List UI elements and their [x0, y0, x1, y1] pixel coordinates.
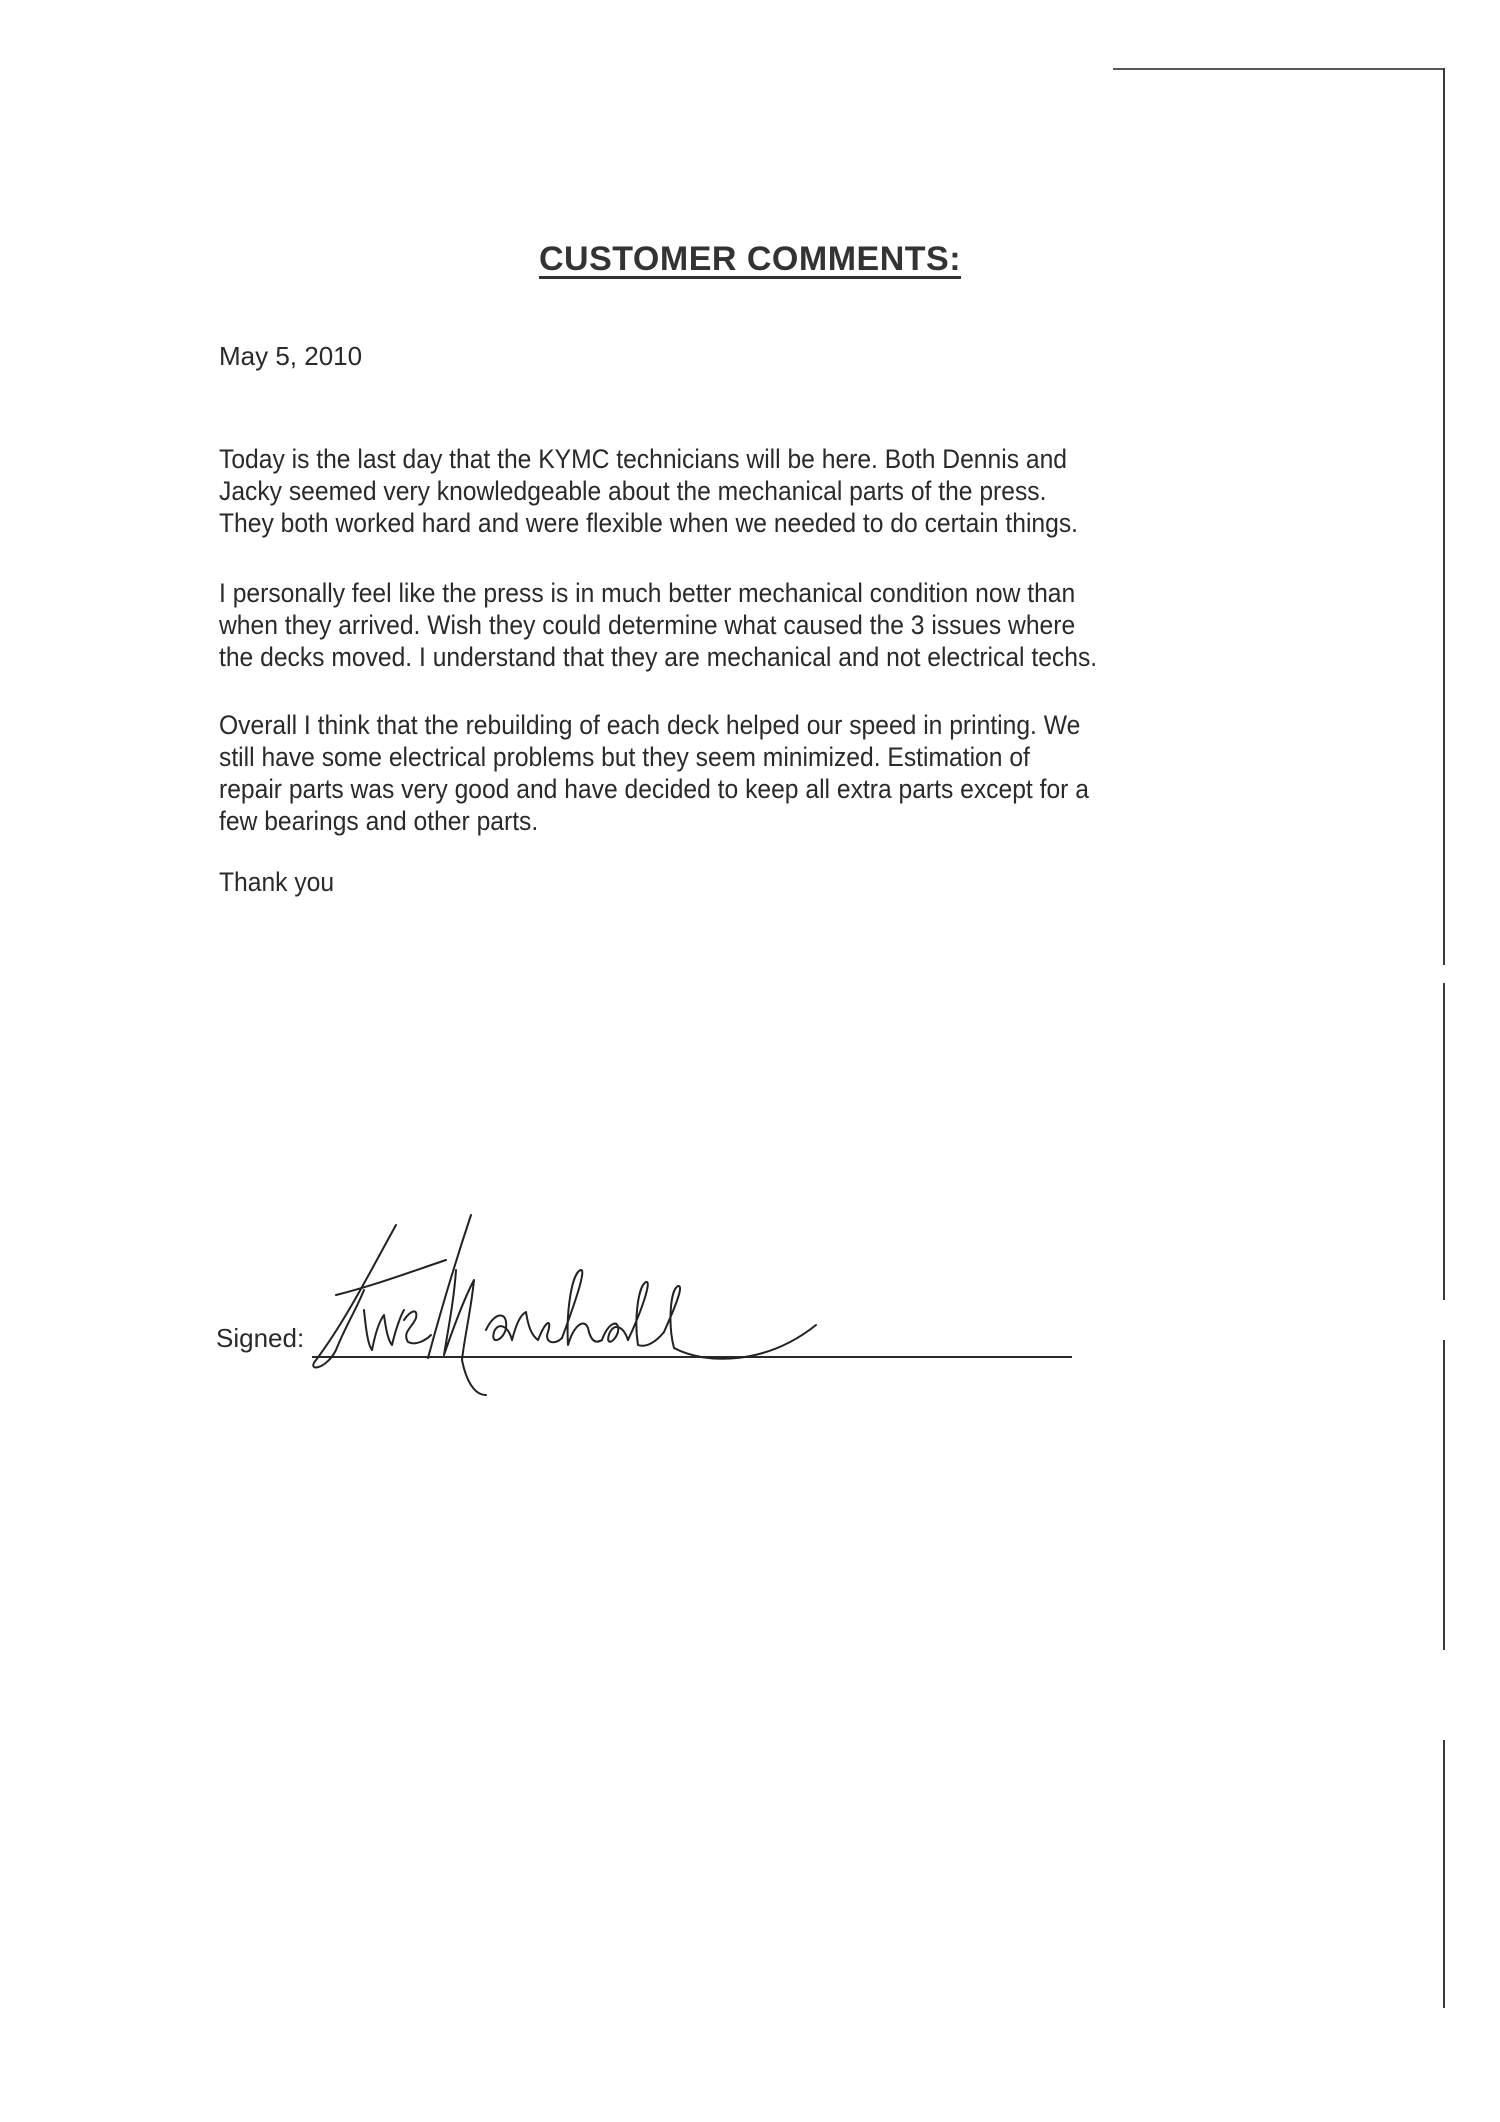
- document-page: CUSTOMER COMMENTS: May 5, 2010 Today is …: [0, 0, 1500, 2122]
- scan-gap: [1440, 965, 1448, 983]
- handwritten-signature: [276, 1200, 1116, 1400]
- scan-gap: [1440, 1650, 1448, 1740]
- document-title: CUSTOMER COMMENTS:: [0, 240, 1500, 279]
- paragraph-3: Overall I think that the rebuilding of e…: [219, 709, 1186, 837]
- paragraph-2: I personally feel like the press is in m…: [219, 577, 1186, 673]
- closing-text: Thank you: [219, 867, 334, 898]
- scan-edge-top: [1113, 68, 1445, 70]
- scan-gap: [1440, 1300, 1448, 1340]
- document-date: May 5, 2010: [219, 341, 362, 372]
- title-text: CUSTOMER COMMENTS:: [539, 240, 961, 278]
- signature-block: Signed:: [216, 1200, 1116, 1400]
- paragraph-1: Today is the last day that the KYMC tech…: [219, 443, 1186, 539]
